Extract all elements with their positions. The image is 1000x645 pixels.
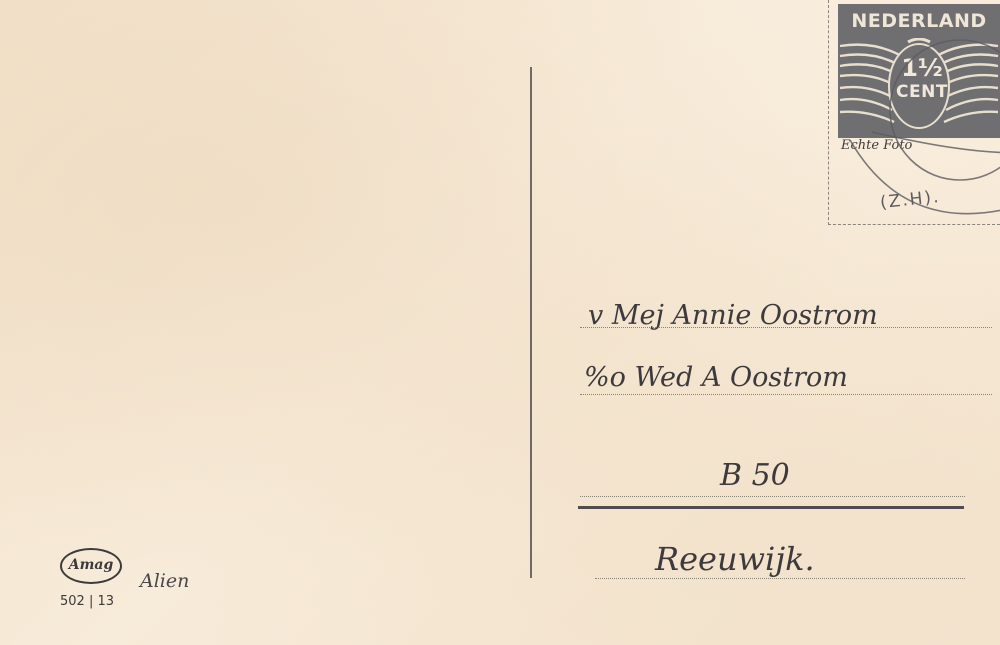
publisher-logo: Amag bbox=[60, 548, 122, 584]
stamp-country: NEDERLAND bbox=[838, 10, 1000, 32]
center-divider-line bbox=[530, 67, 532, 578]
address-line-4-rule bbox=[595, 578, 965, 579]
stamp-value-fraction: 1½ bbox=[894, 56, 950, 80]
stamp-box-label: Echte Foto bbox=[841, 138, 912, 153]
stamp-value: 1½ CENT bbox=[894, 56, 950, 101]
handwritten-signature: Alien bbox=[140, 570, 189, 592]
postage-stamp: NEDERLAND 1½ CENT bbox=[838, 4, 1000, 138]
address-line-2-rule bbox=[580, 394, 992, 395]
address-underline bbox=[578, 506, 964, 509]
address-line-3-rule bbox=[580, 496, 965, 497]
address-line-2: %o Wed A Oostrom bbox=[584, 362, 848, 393]
stamp-value-unit: CENT bbox=[894, 84, 950, 101]
address-line-3: B 50 bbox=[720, 458, 790, 493]
address-line-1: v Mej Annie Oostrom bbox=[588, 300, 878, 331]
publisher-number: 502 | 13 bbox=[60, 594, 114, 609]
address-line-4: Reeuwijk. bbox=[655, 540, 815, 578]
postcard-back: NEDERLAND 1½ CENT bbox=[0, 0, 1000, 645]
